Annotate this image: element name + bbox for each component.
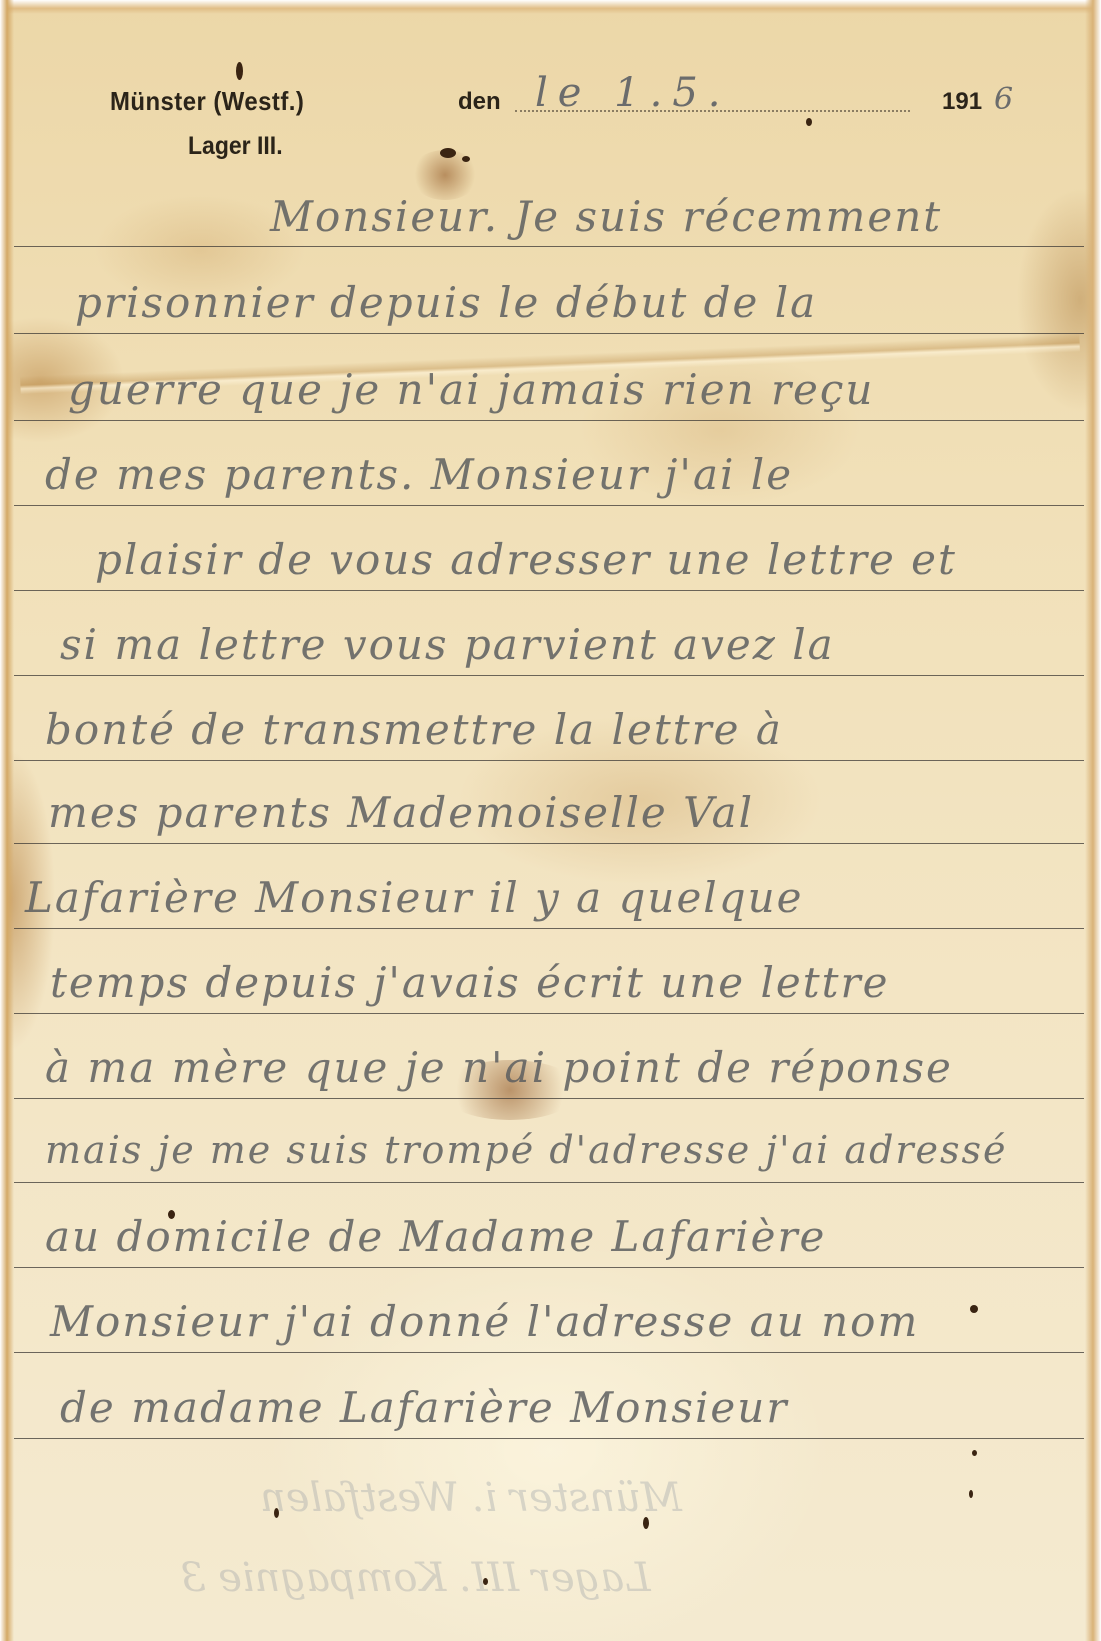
letter-line: au domicile de Madame Lafarière [45,1212,826,1261]
ruled-line [14,333,1084,334]
letter-line: mais je me suis trompé d'adresse j'ai ad… [45,1128,1008,1172]
ruled-line [14,760,1084,761]
ruled-line [14,1267,1084,1268]
ruled-line [14,1182,1084,1183]
letter-line: plaisir de vous adresser une lettre et [95,535,957,584]
letter-line: mes parents Mademoiselle Val [48,788,754,837]
letter-line: Monsieur j'ai donné l'adresse au nom [50,1297,919,1346]
ruled-line [14,1352,1084,1353]
ink-speck [462,156,470,162]
letter-line: Monsieur. Je suis récemment [270,192,942,241]
paper-edge-top [0,0,1101,14]
ruled-line [14,246,1084,247]
ink-speck [970,1305,978,1313]
letter-line: bonté de transmettre la lettre à [45,705,783,754]
letter-line: de mes parents. Monsieur j'ai le [45,450,793,499]
letterhead-camp: Lager III. [188,132,283,161]
ruled-line [14,420,1084,421]
letter-page: Münster (Westf.) Lager III. den le 1.5. … [0,0,1101,1641]
year-printed: 191 [942,88,982,116]
year-handwritten: 6 [994,82,1013,117]
ruled-line [14,928,1084,929]
letterhead-place: Münster (Westf.) [110,86,304,117]
ink-speck [236,62,243,80]
letter-line: Lafarière Monsieur il y a quelque [25,873,804,922]
ruled-line [14,505,1084,506]
ruled-line [14,1013,1084,1014]
ruled-line [14,843,1084,844]
ruled-line [14,1098,1084,1099]
ink-speck [440,148,456,158]
paper-edge-left [0,0,14,1641]
paper-edge-right [1085,0,1101,1641]
letter-line: guerre que je n'ai jamais rien reçu [68,365,874,414]
bleed-through-text: Münster i. Westfalen [260,1475,682,1521]
ink-speck [969,1490,973,1498]
letter-line: de madame Lafarière Monsieur [60,1383,788,1432]
bleed-through-text: Lager III. Kompagnie 3 [180,1555,651,1601]
letter-line: prisonnier depuis le début de la [75,278,817,327]
date-handwritten: le 1.5. [535,70,731,116]
ink-speck [972,1450,977,1456]
letter-line: à ma mère que je n'ai point de réponse [45,1043,953,1092]
letter-line: si ma lettre vous parvient avez la [60,620,835,669]
letterhead-date-prefix: den [458,88,501,116]
letter-line: temps depuis j'avais écrit une lettre [50,958,889,1007]
ruled-line [14,1438,1084,1439]
ruled-line [14,675,1084,676]
ink-speck [806,118,812,126]
ruled-line [14,590,1084,591]
